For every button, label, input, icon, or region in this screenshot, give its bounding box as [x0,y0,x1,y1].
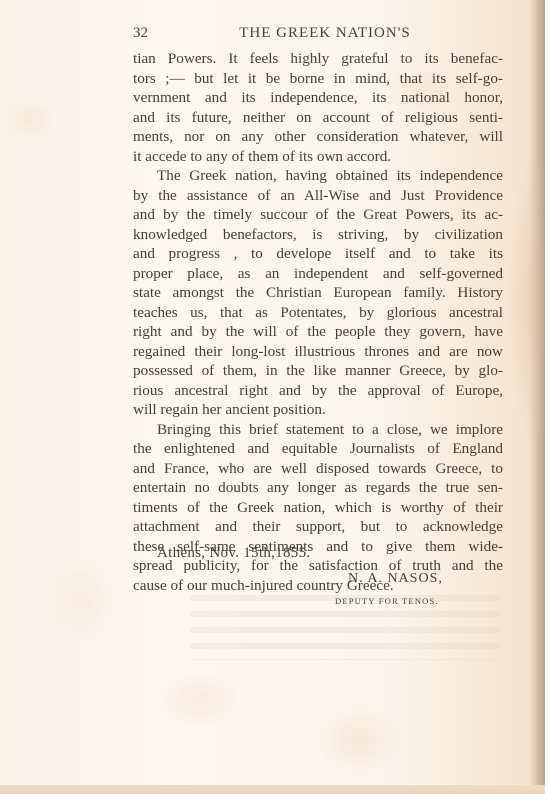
paragraph: tian Powers. It feels highly grateful to… [133,49,503,166]
text-line: proper place, as an independent and self… [133,264,503,284]
text-line: vernment and its independence, its natio… [133,88,503,108]
text-line: state amongst the Christian European fam… [133,283,503,303]
text-line: The Greek nation, having obtained its in… [133,166,503,186]
text-line: and its future, neither on account of re… [133,108,503,128]
text-line: cause of our much-injured country Greece… [133,576,503,596]
text-line: tian Powers. It feels highly grateful to… [133,49,503,69]
text-line: possessed of them, in the like manner Gr… [133,361,503,381]
text-line: rious ancestral right and by the approva… [133,381,503,401]
text-line: entertain no doubts any longer as regard… [133,478,503,498]
running-title: THE GREEK NATION'S [133,25,505,42]
body-text: tian Powers. It feels highly grateful to… [133,49,503,595]
text-line: ments, nor on any other consideration wh… [133,127,503,147]
dateline: Athens, Nov. 15th,1855. [157,545,310,562]
text-line: and France, who are well disposed toward… [133,459,503,479]
text-line: regained their long-lost illustrious thr… [133,342,503,362]
text-line: right and by the will of the people they… [133,322,503,342]
paragraph: The Greek nation, having obtained its in… [133,166,503,420]
text-line: and by the timely succour of the Great P… [133,205,503,225]
text-line: knowledged benefactors, is striving, by … [133,225,503,245]
running-head: 32 THE GREEK NATION'S [133,25,505,47]
signature: N. A. NASOS, [348,571,443,587]
text-line: by the assistance of an All-Wise and Jus… [133,186,503,206]
text-line: and progress , to develope itself and to… [133,244,503,264]
text-line: teaches us, that as Potentates, by glori… [133,303,503,323]
text-line: tors ;— but let it be borne in mind, tha… [133,69,503,89]
text-line: attachment and their support, but to ack… [133,517,503,537]
book-page: 32 THE GREEK NATION'S tian Powers. It fe… [0,0,545,790]
text-line: the enlightened and equitable Journalist… [133,439,503,459]
text-line: will regain her ancient position. [133,400,503,420]
text-line: it accede to any of them of its own acco… [133,147,503,167]
paragraph: Bringing this brief statement to a close… [133,420,503,596]
signature-title: DEPUTY FOR TENOS. [335,596,439,606]
text-line: Bringing this brief statement to a close… [133,420,503,440]
text-line: timents of the Greek nation, which is wo… [133,498,503,518]
